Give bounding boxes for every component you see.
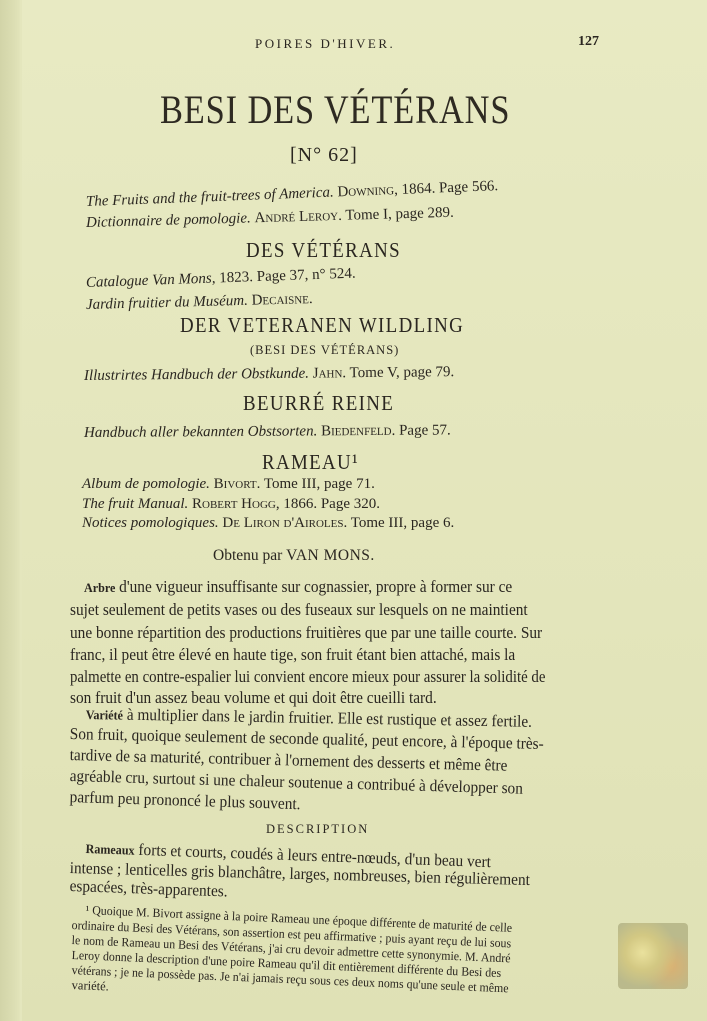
reference-author: André Leroy.	[254, 208, 342, 226]
reference-work: The fruit Manual.	[82, 496, 188, 512]
reference-detail: Page 57.	[395, 422, 451, 438]
reference-line: The fruit Manual. Robert Hogg, 1866. Pag…	[82, 496, 380, 513]
reference-author: Downing	[337, 182, 394, 200]
reference-detail: Tome V, page 79.	[346, 364, 454, 381]
reference-work: Catalogue Van Mons,	[86, 270, 216, 291]
description-heading: DESCRIPTION	[266, 822, 369, 837]
reference-author: Robert Hogg,	[192, 496, 280, 512]
paragraph-line: sujet seulement de petits vases ou des f…	[70, 600, 528, 620]
reference-detail: 1866. Page 320.	[280, 496, 380, 512]
paragraph-lead: Variété	[86, 707, 123, 723]
synonym-heading: RAMEAU¹	[262, 450, 359, 475]
reference-author: Bivort.	[214, 476, 261, 492]
reference-line: Album de pomologie. Bivort. Tome III, pa…	[82, 476, 375, 493]
origin-name: VAN MONS.	[286, 547, 375, 564]
variety-number: [N° 62]	[290, 144, 358, 167]
page-number: 127	[578, 34, 599, 50]
paragraph-line: franc, il peut être élevé en haute tige,…	[70, 645, 515, 665]
reference-author: Decaisne.	[251, 291, 312, 309]
scan-artifact	[618, 923, 688, 989]
reference-detail: Tome III, page 6.	[347, 515, 454, 531]
book-gutter	[0, 0, 20, 1021]
paragraph-line: une bonne répartition des productions fr…	[70, 623, 542, 643]
reference-detail: , 1864. Page 566.	[394, 178, 499, 198]
reference-work: Dictionnaire de pomologie.	[86, 210, 251, 231]
reference-author: Jahn.	[313, 365, 347, 381]
paragraph-lead: Rameaux	[85, 841, 135, 858]
reference-work: Illustrirtes Handbuch der Obstkunde.	[84, 366, 309, 384]
reference-line: Notices pomologiques. De Liron d'Airoles…	[82, 515, 454, 532]
paragraph-line: palmette en contre-espalier lui convient…	[70, 667, 545, 687]
reference-work: Handbuch aller bekannten Obstsorten.	[84, 423, 317, 441]
synonym-heading: DER VETERANEN WILDLING	[180, 313, 464, 338]
synonym-heading: BEURRÉ REINE	[243, 391, 394, 416]
footnote-line: variété.	[71, 978, 109, 995]
paragraph-lead: Arbre	[84, 580, 115, 595]
reference-work: Jardin fruitier du Muséum.	[86, 293, 248, 313]
reference-detail: Tome III, page 71.	[260, 476, 374, 492]
reference-work: Notices pomologiques.	[82, 515, 219, 531]
origin-prefix: Obtenu par	[213, 547, 286, 564]
paragraph-line: Arbre d'une vigueur insuffisante sur cog…	[84, 577, 512, 597]
reference-author: Biedenfeld.	[321, 423, 395, 440]
reference-detail: Tome I, page 289.	[342, 205, 454, 224]
origin-line: Obtenu par VAN MONS.	[213, 547, 375, 565]
reference-work: Album de pomologie.	[82, 476, 210, 492]
reference-line: Handbuch aller bekannten Obstsorten. Bie…	[84, 422, 451, 442]
running-head: POIRES D'HIVER.	[255, 36, 395, 52]
reference-author: De Liron d'Airoles.	[222, 515, 347, 531]
page-title: BESI DES VÉTÉRANS	[160, 86, 510, 133]
synonym-subheading: (BESI DES VÉTÉRANS)	[250, 343, 399, 358]
synonym-heading: DES VÉTÉRANS	[246, 238, 401, 263]
